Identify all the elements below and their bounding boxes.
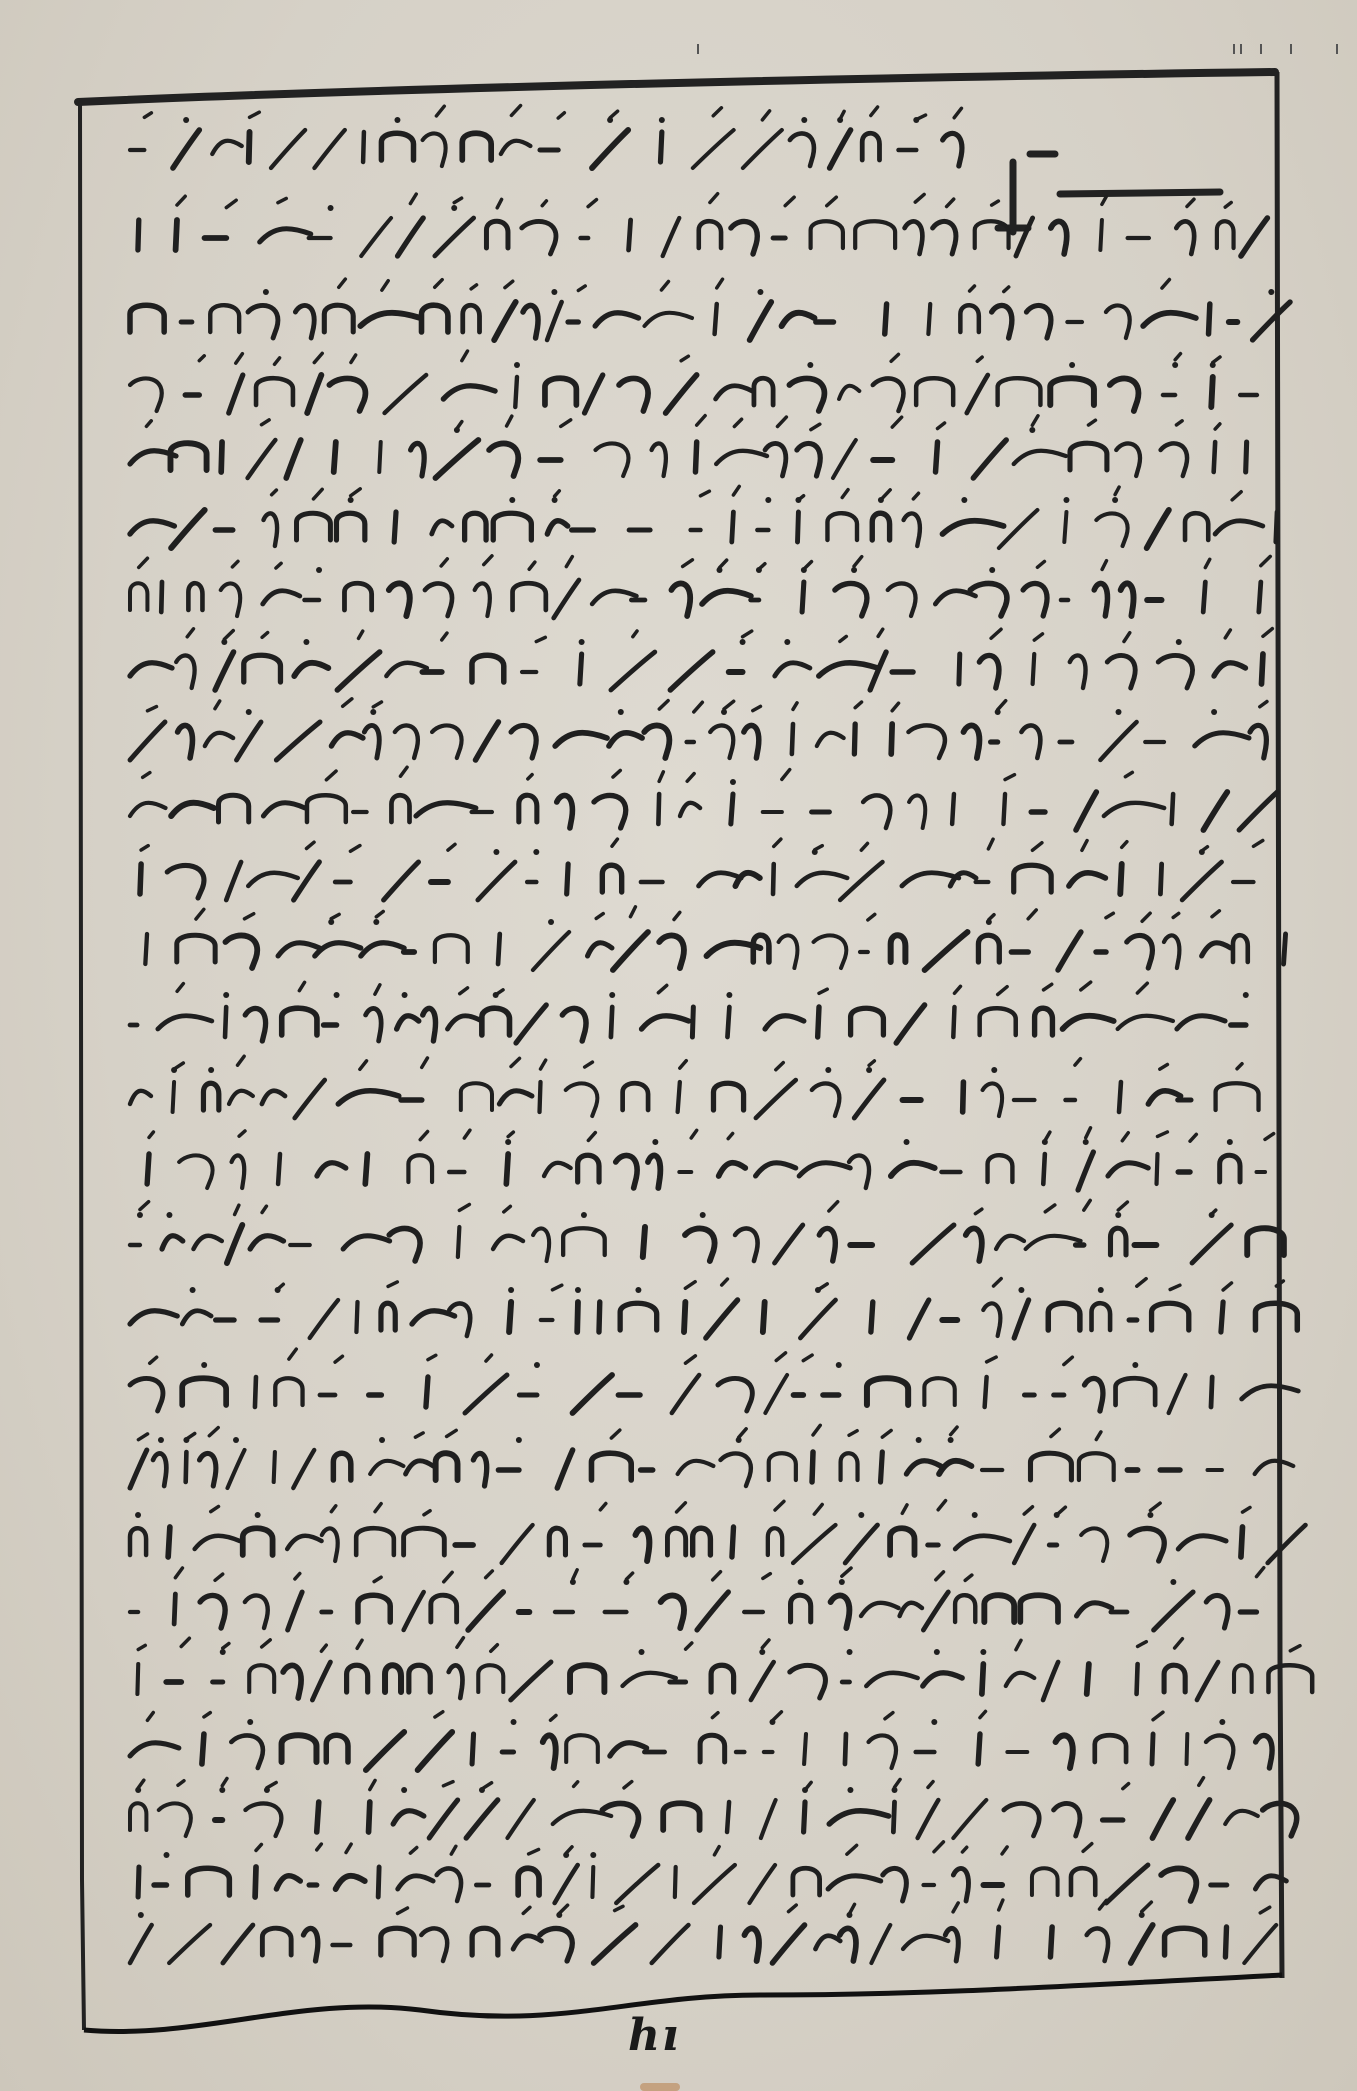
text-line (130, 416, 1247, 478)
text-line (130, 486, 1277, 548)
manuscript-page: hı (0, 0, 1357, 2091)
text-line (130, 1501, 1305, 1563)
page-number: hı (628, 2010, 681, 2061)
text-line (130, 1425, 1293, 1488)
text-line (140, 839, 1263, 900)
text-line (130, 1200, 1284, 1263)
text-line (130, 1279, 1297, 1338)
text-line (137, 1638, 1312, 1700)
text-line (130, 767, 1277, 830)
text-line (130, 1349, 1298, 1413)
paper-stain (640, 2083, 680, 2091)
text-line (130, 351, 1257, 413)
text-line (130, 1711, 1272, 1770)
text-line (130, 556, 1270, 618)
text-line (130, 1568, 1264, 1630)
text-line (147, 1128, 1273, 1190)
text-line (138, 1842, 1286, 1903)
text-line (130, 699, 1267, 760)
text-line (130, 279, 1290, 340)
text-line (130, 1778, 1297, 1838)
text-line (130, 982, 1249, 1043)
text-line (130, 629, 1272, 690)
text-line (130, 1056, 1259, 1118)
text-line (130, 106, 962, 168)
text-line (138, 194, 1267, 256)
text-line (130, 1900, 1276, 1963)
text-line (145, 907, 1285, 970)
handwritten-text-body (0, 0, 1357, 2091)
